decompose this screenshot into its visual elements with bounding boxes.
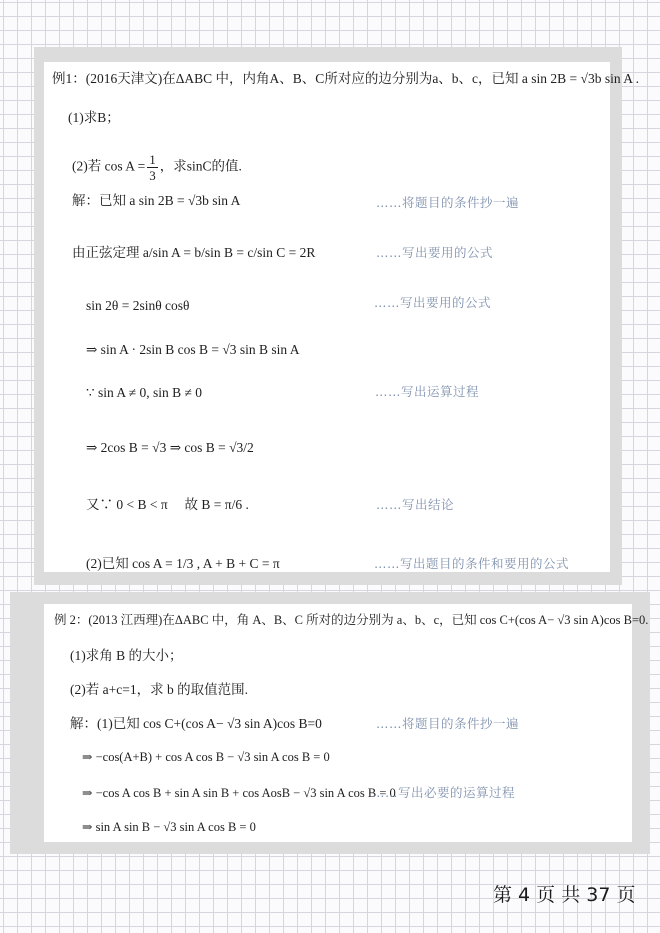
example2-step-1: 解：(1)已知 cos C+(cos A− √3 sin A)cos B=0 bbox=[70, 716, 322, 732]
example2-question-1: (1)求角 B 的大小； bbox=[70, 648, 183, 664]
example2-title: 例 2：(2013 江西理)在ΔABC 中，角 A、B、C 所对的边分别为 a、… bbox=[54, 612, 648, 628]
page-indicator: 第 4 页 共 37 页 bbox=[493, 880, 635, 907]
example1-step-4: ⇒ sin A · 2sin B cos B = √3 sin B sin A bbox=[86, 342, 300, 358]
example2-note-1: ……将题目的条件抄一遍 bbox=[376, 714, 519, 732]
example1-note-2: ……写出要用的公式 bbox=[376, 243, 493, 261]
example1-step-1: 解：已知 a sin 2B = √3b sin A bbox=[72, 193, 240, 209]
example1-question-1: (1)求B； bbox=[68, 110, 120, 126]
example2-step-3: ⇒ −cos A cos B + sin A sin B + cos AosB … bbox=[82, 785, 396, 801]
example1-note-7: ……写出结论 bbox=[376, 495, 454, 513]
example1-question-2: (2)若 cos A =13，求sinC的值. bbox=[72, 152, 242, 183]
example2-note-3: ……写出必要的运算过程 bbox=[372, 783, 515, 801]
example1-step-3: sin 2θ = 2sinθ cosθ bbox=[86, 298, 190, 314]
example2-step-4: ⇒ sin A sin B − √3 sin A cos B = 0 bbox=[82, 819, 256, 835]
example1-step-6: ⇒ 2cos B = √3 ⇒ cos B = √3/2 bbox=[86, 440, 254, 456]
fraction-one-third: 13 bbox=[147, 152, 158, 183]
example2-question-2: (2)若 a+c=1，求 b 的取值范围. bbox=[70, 682, 248, 698]
example1-step-7: 又∵ 0 < B < π 故 B = π/6 . bbox=[86, 497, 249, 513]
example1-note-8: ……写出题目的条件和要用的公式 bbox=[374, 554, 569, 572]
example1-note-1: ……将题目的条件抄一遍 bbox=[376, 193, 519, 211]
example1-note-3: ……写出要用的公式 bbox=[374, 293, 491, 311]
example1-step-8: (2)已知 cos A = 1/3 , A + B + C = π bbox=[86, 556, 280, 572]
example1-step-2: 由正弦定理 a/sin A = b/sin B = c/sin C = 2R bbox=[72, 245, 315, 261]
example2-step-2: ⇒ −cos(A+B) + cos A cos B − √3 sin A cos… bbox=[82, 749, 330, 765]
example1-note-5: ……写出运算过程 bbox=[375, 382, 479, 400]
example1-title: 例1：(2016天津文)在ΔABC 中，内角A、B、C所对应的边分别为a、b、c… bbox=[52, 71, 639, 87]
example1-panel bbox=[44, 62, 610, 572]
example1-step-5: ∵ sin A ≠ 0, sin B ≠ 0 bbox=[86, 385, 202, 401]
